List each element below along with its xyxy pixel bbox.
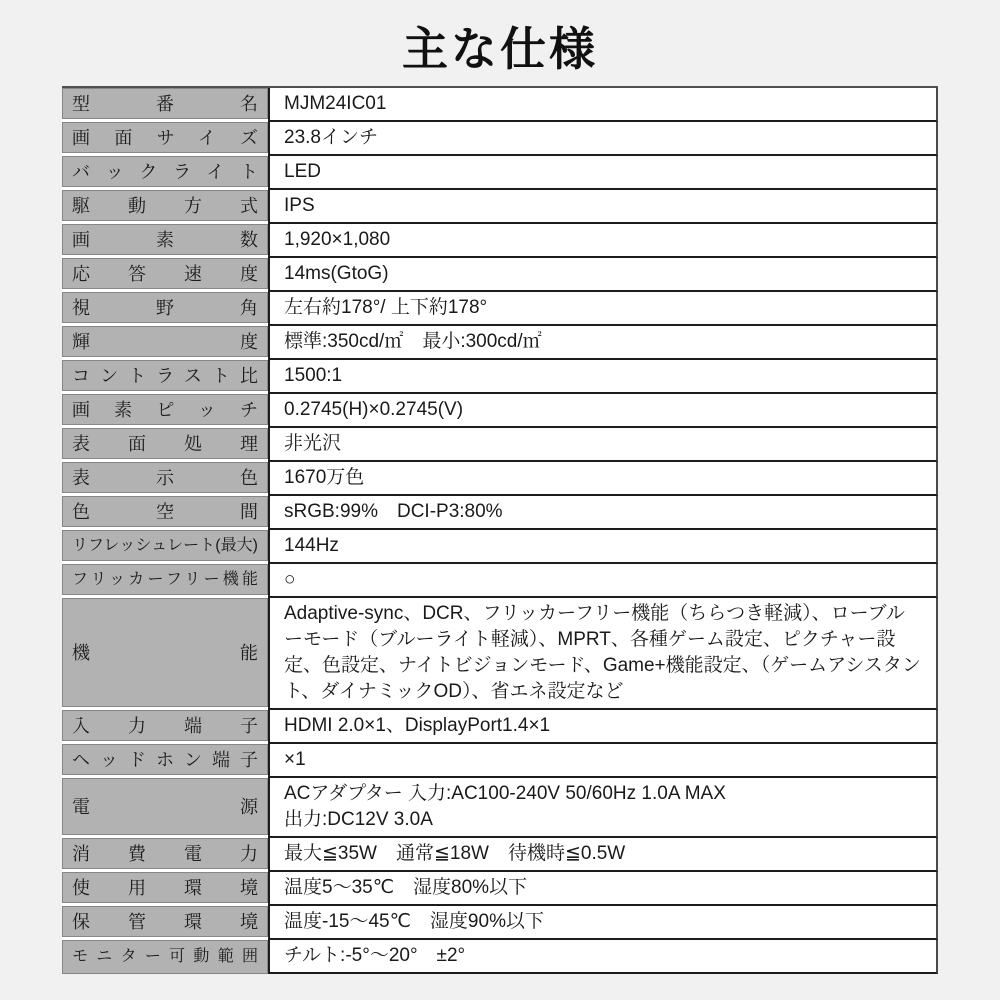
- spec-row: コントラスト比 1500:1: [62, 360, 938, 394]
- spec-label: モニター可動範囲: [72, 945, 258, 969]
- spec-label: リフレッシュレート(最大): [72, 534, 258, 558]
- spec-label: バックライト: [72, 160, 258, 184]
- spec-label: 使用環境: [72, 876, 258, 900]
- spec-value: 1500:1: [284, 363, 342, 389]
- spec-row: フリッカーフリー機能 ○: [62, 564, 938, 598]
- spec-label-cell: 保管環境: [62, 906, 268, 937]
- spec-row: リフレッシュレート(最大) 144Hz: [62, 530, 938, 564]
- spec-label: 電源: [72, 795, 258, 819]
- spec-row: 電源 ACアダプター 入力:AC100-240V 50/60Hz 1.0A MA…: [62, 778, 938, 838]
- spec-value: sRGB:99% DCI-P3:80%: [284, 499, 503, 525]
- spec-label-cell: 型番名: [62, 88, 268, 119]
- spec-row: 駆動方式 IPS: [62, 190, 938, 224]
- spec-label-cell: リフレッシュレート(最大): [62, 530, 268, 561]
- spec-row: 入力端子 HDMI 2.0×1、DisplayPort1.4×1: [62, 710, 938, 744]
- spec-value: 左右約178°/ 上下約178°: [284, 295, 487, 321]
- spec-value: 温度-15～45℃ 湿度90%以下: [284, 909, 544, 935]
- spec-row: 表示色 1670万色: [62, 462, 938, 496]
- spec-value-cell: 1670万色: [268, 462, 938, 496]
- spec-label-cell: 表面処理: [62, 428, 268, 459]
- spec-value-cell: 温度5～35℃ 湿度80%以下: [268, 872, 938, 906]
- spec-value: チルト:-5°～20° ±2°: [284, 943, 465, 969]
- spec-row: 応答速度 14ms(GtoG): [62, 258, 938, 292]
- spec-value-cell: 144Hz: [268, 530, 938, 564]
- spec-label-cell: 輝度: [62, 326, 268, 357]
- spec-label-cell: 視野角: [62, 292, 268, 323]
- spec-value-cell: IPS: [268, 190, 938, 224]
- spec-label-cell: 機能: [62, 598, 268, 707]
- spec-value: 23.8インチ: [284, 125, 378, 151]
- spec-label: 輝度: [72, 330, 258, 354]
- spec-label: 画素ピッチ: [72, 398, 258, 422]
- spec-value-cell: ACアダプター 入力:AC100-240V 50/60Hz 1.0A MAX 出…: [268, 778, 938, 838]
- spec-row: バックライト LED: [62, 156, 938, 190]
- spec-value: IPS: [284, 193, 315, 219]
- spec-row: 型番名 MJM24IC01: [62, 88, 938, 122]
- spec-row: 使用環境 温度5～35℃ 湿度80%以下: [62, 872, 938, 906]
- spec-value: 14ms(GtoG): [284, 261, 389, 287]
- spec-row: 消費電力 最大≦35W 通常≦18W 待機時≦0.5W: [62, 838, 938, 872]
- spec-value: 1670万色: [284, 465, 364, 491]
- spec-label: 駆動方式: [72, 194, 258, 218]
- spec-value: 温度5～35℃ 湿度80%以下: [284, 875, 527, 901]
- spec-row: 保管環境 温度-15～45℃ 湿度90%以下: [62, 906, 938, 940]
- spec-value: HDMI 2.0×1、DisplayPort1.4×1: [284, 713, 550, 739]
- spec-value-cell: LED: [268, 156, 938, 190]
- spec-label-cell: 応答速度: [62, 258, 268, 289]
- spec-label-cell: 画素ピッチ: [62, 394, 268, 425]
- spec-label-cell: 駆動方式: [62, 190, 268, 221]
- spec-value: MJM24IC01: [284, 91, 386, 117]
- spec-value-cell: 最大≦35W 通常≦18W 待機時≦0.5W: [268, 838, 938, 872]
- spec-label: 視野角: [72, 296, 258, 320]
- spec-value-cell: 23.8インチ: [268, 122, 938, 156]
- spec-value-cell: sRGB:99% DCI-P3:80%: [268, 496, 938, 530]
- spec-row: 画素数 1,920×1,080: [62, 224, 938, 258]
- spec-value: 1,920×1,080: [284, 227, 390, 253]
- spec-value-cell: MJM24IC01: [268, 88, 938, 122]
- spec-label: 消費電力: [72, 842, 258, 866]
- spec-table: 型番名 MJM24IC01 画面サイズ 23.8インチ バックライト LED 駆…: [62, 86, 938, 974]
- spec-value-cell: Adaptive-sync、DCR、フリッカーフリー機能（ちらつき軽減）、ローブ…: [268, 598, 938, 710]
- spec-row: 表面処理 非光沢: [62, 428, 938, 462]
- spec-label-cell: 表示色: [62, 462, 268, 493]
- spec-value: 非光沢: [284, 431, 341, 457]
- spec-value: LED: [284, 159, 321, 185]
- spec-value-cell: 1,920×1,080: [268, 224, 938, 258]
- spec-label: フリッカーフリー機能: [72, 568, 258, 592]
- spec-label: ヘッドホン端子: [72, 748, 258, 772]
- spec-row: 視野角 左右約178°/ 上下約178°: [62, 292, 938, 326]
- spec-label: 応答速度: [72, 262, 258, 286]
- spec-row: 輝度 標準:350cd/㎡ 最小:300cd/㎡: [62, 326, 938, 360]
- spec-label-cell: フリッカーフリー機能: [62, 564, 268, 595]
- spec-value-cell: 0.2745(H)×0.2745(V): [268, 394, 938, 428]
- spec-label-cell: 入力端子: [62, 710, 268, 741]
- spec-value-cell: 非光沢: [268, 428, 938, 462]
- spec-value-cell: 標準:350cd/㎡ 最小:300cd/㎡: [268, 326, 938, 360]
- spec-label: 色空間: [72, 500, 258, 524]
- spec-label-cell: 消費電力: [62, 838, 268, 869]
- spec-value: 0.2745(H)×0.2745(V): [284, 397, 463, 423]
- spec-label-cell: 電源: [62, 778, 268, 835]
- spec-label: 画素数: [72, 228, 258, 252]
- spec-value-cell: 14ms(GtoG): [268, 258, 938, 292]
- spec-row: 色空間 sRGB:99% DCI-P3:80%: [62, 496, 938, 530]
- spec-label: 機能: [72, 641, 258, 665]
- spec-label-cell: 色空間: [62, 496, 268, 527]
- spec-label-cell: モニター可動範囲: [62, 940, 268, 974]
- spec-label-cell: 画面サイズ: [62, 122, 268, 153]
- spec-value: 最大≦35W 通常≦18W 待機時≦0.5W: [284, 841, 625, 867]
- spec-label-cell: コントラスト比: [62, 360, 268, 391]
- spec-row: 画面サイズ 23.8インチ: [62, 122, 938, 156]
- spec-row: 画素ピッチ 0.2745(H)×0.2745(V): [62, 394, 938, 428]
- spec-value: 144Hz: [284, 533, 339, 559]
- spec-label-cell: バックライト: [62, 156, 268, 187]
- spec-label-cell: 画素数: [62, 224, 268, 255]
- spec-label: 表面処理: [72, 432, 258, 456]
- spec-value: ○: [284, 567, 295, 593]
- spec-label: 画面サイズ: [72, 126, 258, 150]
- spec-row: ヘッドホン端子 ×1: [62, 744, 938, 778]
- spec-value: ×1: [284, 747, 306, 773]
- spec-label: 保管環境: [72, 910, 258, 934]
- spec-value-cell: ×1: [268, 744, 938, 778]
- spec-value-cell: HDMI 2.0×1、DisplayPort1.4×1: [268, 710, 938, 744]
- spec-value: Adaptive-sync、DCR、フリッカーフリー機能（ちらつき軽減）、ローブ…: [284, 601, 922, 705]
- spec-value-cell: 温度-15～45℃ 湿度90%以下: [268, 906, 938, 940]
- spec-label-cell: 使用環境: [62, 872, 268, 903]
- spec-label: 入力端子: [72, 714, 258, 738]
- spec-label: 型番名: [72, 92, 258, 116]
- spec-value-cell: 1500:1: [268, 360, 938, 394]
- spec-value-cell: 左右約178°/ 上下約178°: [268, 292, 938, 326]
- spec-label: 表示色: [72, 466, 258, 490]
- spec-value-cell: ○: [268, 564, 938, 598]
- spec-value: 標準:350cd/㎡ 最小:300cd/㎡: [284, 329, 542, 355]
- spec-row: 機能 Adaptive-sync、DCR、フリッカーフリー機能（ちらつき軽減）、…: [62, 598, 938, 710]
- spec-value-cell: チルト:-5°～20° ±2°: [268, 940, 938, 974]
- spec-label: コントラスト比: [72, 364, 258, 388]
- page-title: 主な仕様: [0, 0, 1000, 85]
- spec-row: モニター可動範囲 チルト:-5°～20° ±2°: [62, 940, 938, 974]
- spec-value: ACアダプター 入力:AC100-240V 50/60Hz 1.0A MAX 出…: [284, 781, 726, 833]
- spec-label-cell: ヘッドホン端子: [62, 744, 268, 775]
